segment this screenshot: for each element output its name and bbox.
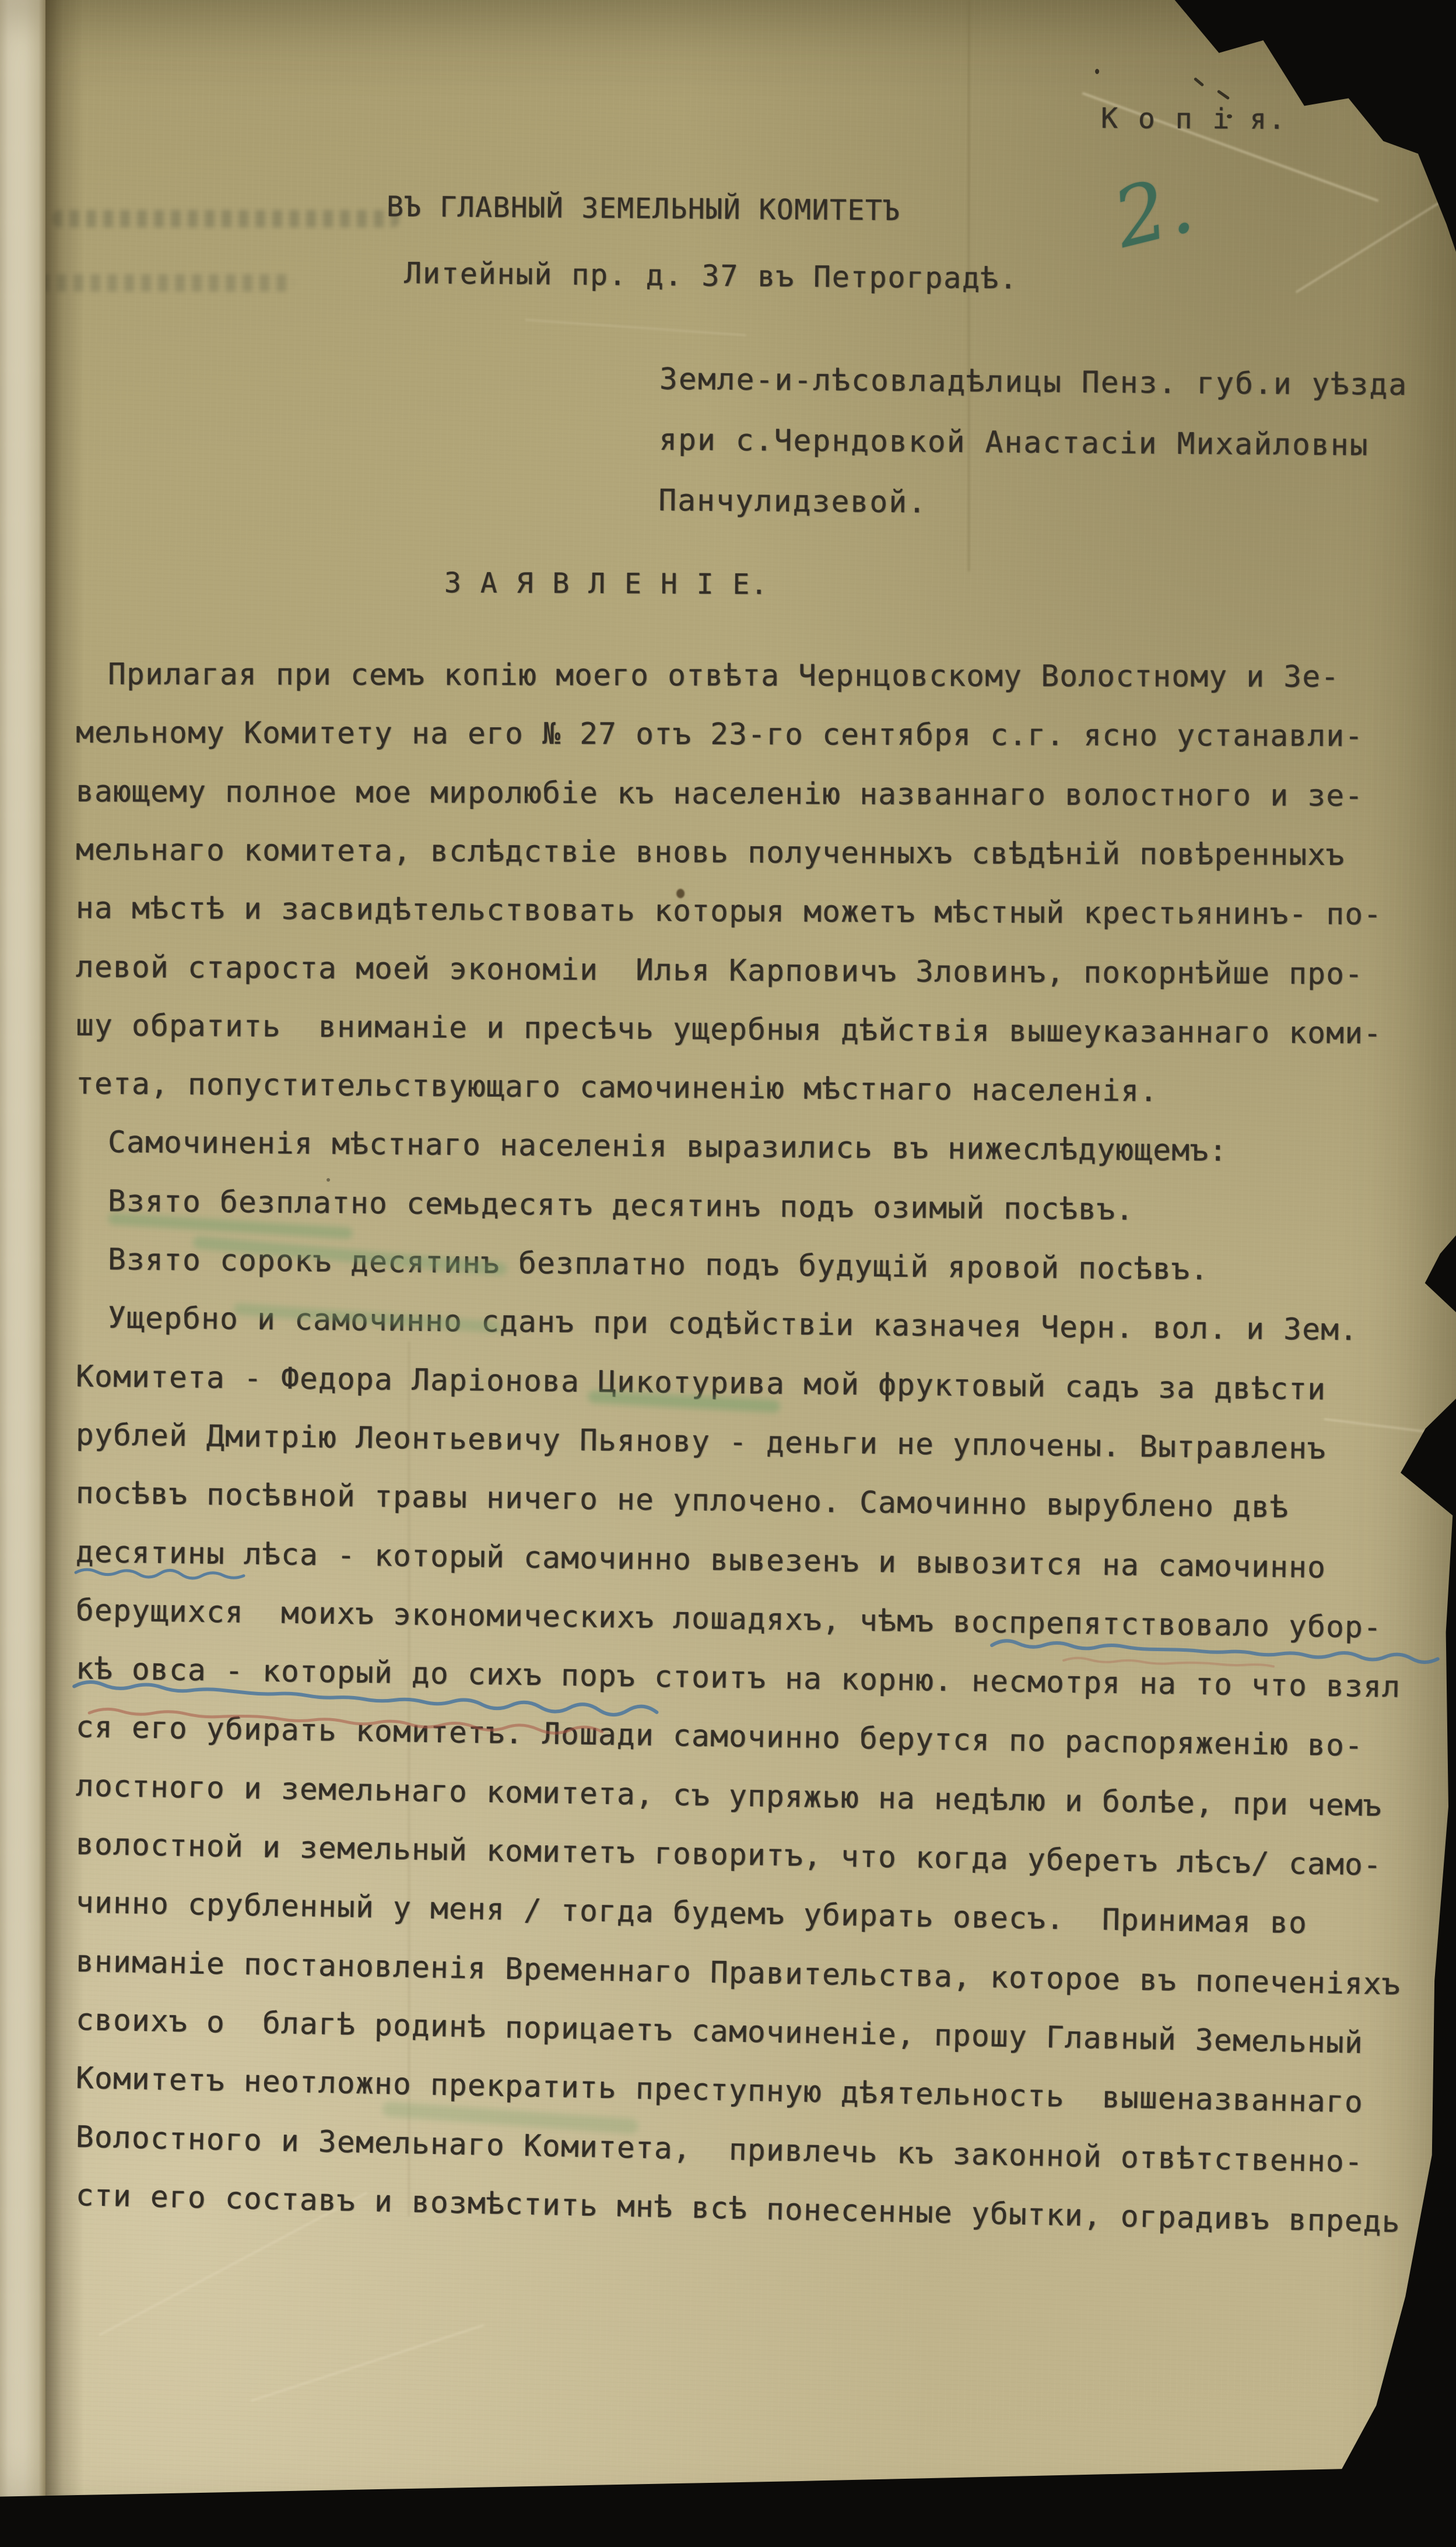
body-line: на мѣстѣ и засвидѣтельствовать которыя м… [76,891,1383,932]
body-line: десятины лѣса - который самочинно вывезе… [76,1535,1327,1585]
body-line: волостной и земельный комитетъ говоритъ,… [76,1827,1383,1883]
bleed-through-text [52,210,399,227]
recipient-address: Литейный пр. д. 37 въ Петроградѣ. [404,256,1018,295]
sender-line: Панчулидзевой. [658,484,1407,550]
body-line: Прилагая при семъ копію моего отвѣта Чер… [76,657,1339,695]
recipient-name: ВЪ ГЛАВНЫЙ ЗЕМЕЛЬНЫЙ КОМИТЕТЪ [387,191,901,227]
body-line: Волостного и Земельнаго Комитета, привле… [75,2120,1363,2180]
body-line: чинно срубленный у меня / тогда будемъ у… [76,1886,1308,1940]
body-line: вниманіе постановленія Временнаго Правит… [75,1945,1401,2002]
body-line: левой староста моей экономіи Илья Карпов… [76,950,1364,992]
body-line: шу обратить вниманіе и пресѣчь ущербныя … [76,1008,1383,1051]
body-line: вающему полное мое миролюбіе къ населені… [76,775,1364,814]
document-page: К о п і я. ВЪ ГЛАВНЫЙ ЗЕМЕЛЬНЫЙ КОМИТЕТЪ… [0,0,1456,2547]
copy-label: К о п і я. [1101,102,1287,136]
book-page-edge [0,0,45,2525]
body-line: мельному Комитету на его № 27 отъ 23-го … [76,716,1363,754]
sender-line: яри с.Черндовкой Анастасіи Михайловны [659,423,1408,489]
document-title: З А Я В Л Е Н І Е. [444,567,769,601]
body-line: Комитетъ неотложно прекратить преступную… [75,2061,1363,2120]
body-line: тета, попустительствующаго самочиненію м… [76,1067,1159,1109]
body-line: сти его составъ и возмѣстить мнѣ всѣ пон… [75,2178,1401,2240]
gutter-shadow [45,0,84,2531]
scanned-document: К о п і я. ВЪ ГЛАВНЫЙ ЗЕМЕЛЬНЫЙ КОМИТЕТЪ… [0,0,1456,2547]
body-line: мельнаго комитета, вслѣдствіе вновь полу… [76,833,1345,873]
ink-blot [676,889,685,898]
ink-speck [1227,114,1232,118]
body: Прилагая при семъ копію моего отвѣта Чер… [76,657,1456,2290]
body-line: Самочиненія мѣстнаго населенія выразилис… [76,1125,1228,1168]
body-line: рублей Дмитрію Леонтьевичу Пьянову - ден… [76,1418,1327,1466]
body-line: лостного и земельнаго комитета, съ упряж… [76,1769,1383,1823]
ink-speck [327,1178,330,1182]
body-line: своихъ о благѣ родинѣ порицаетъ самочине… [75,2003,1363,2061]
sender-line: Земле-и-лѣсовладѣлицы Пенз. губ.и уѣзда [659,362,1408,429]
body-line: посѣвъ посѣвной травы ничего не уплочено… [76,1476,1289,1525]
ink-speck [1095,69,1099,74]
sender-block: Земле-и-лѣсовладѣлицы Пенз. губ.и уѣзда … [658,362,1408,550]
